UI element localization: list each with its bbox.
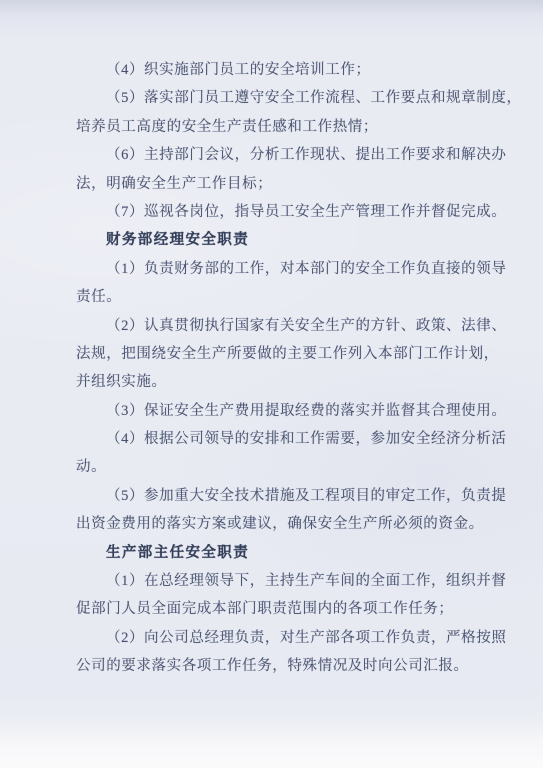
text-line: （5）落实部门员工遵守安全工作流程、工作要点和规章制度， (76, 84, 482, 112)
text-line: （7）巡视各岗位，指导员工安全生产管理工作并督促完成。 (76, 198, 482, 226)
document-text-block: （4）织实施部门员工的安全培训工作；（5）落实部门员工遵守安全工作流程、工作要点… (76, 56, 482, 681)
text-line: （3）保证安全生产费用提取经费的落实并监督其合理使用。 (76, 397, 482, 425)
text-line: 动。 (76, 453, 482, 481)
text-line: （6）主持部门会议，分析工作现状、提出工作要求和解决办 (76, 141, 482, 169)
text-line: （1）在总经理领导下，主持生产车间的全面工作，组织并督 (76, 567, 482, 595)
scanned-document-page: （4）织实施部门员工的安全培训工作；（5）落实部门员工遵守安全工作流程、工作要点… (0, 0, 543, 768)
section-heading: 生产部主任安全职责 (76, 539, 482, 567)
text-line: （2）认真贯彻执行国家有关安全生产的方针、政策、法律、 (76, 312, 482, 340)
section-heading: 财务部经理安全职责 (76, 226, 482, 254)
text-line: （1）负责财务部的工作，对本部门的安全工作负直接的领导 (76, 255, 482, 283)
text-line: 培养员工高度的安全生产责任感和工作热情； (76, 113, 482, 141)
text-line: （4）织实施部门员工的安全培训工作； (76, 56, 482, 84)
text-line: 法，明确安全生产工作目标； (76, 170, 482, 198)
text-line: 公司的要求落实各项工作任务，特殊情况及时向公司汇报。 (76, 652, 482, 680)
text-line: 促部门人员全面完成本部门职责范围内的各项工作任务； (76, 595, 482, 623)
text-line: （2）向公司总经理负责，对生产部各项工作负责，严格按照 (76, 624, 482, 652)
text-line: 法规，把围绕安全生产所要做的主要工作列入本部门工作计划， (76, 340, 482, 368)
scan-edge-bottom (0, 742, 543, 768)
text-line: 出资金费用的落实方案或建议，确保安全生产所必须的资金。 (76, 510, 482, 538)
text-line: 责任。 (76, 283, 482, 311)
scan-edge-top (0, 0, 543, 14)
text-line: 并组织实施。 (76, 368, 482, 396)
text-line: （5）参加重大安全技术措施及工程项目的审定工作，负责提 (76, 482, 482, 510)
text-line: （4）根据公司领导的安排和工作需要，参加安全经济分析活 (76, 425, 482, 453)
